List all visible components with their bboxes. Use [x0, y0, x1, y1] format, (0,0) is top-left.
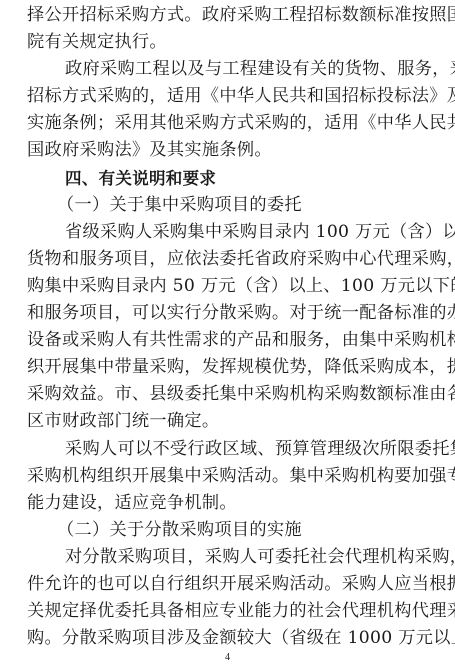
- text-line: 和服务项目，可以实行分散采购。对于统一配备标准的办公: [27, 300, 415, 327]
- text-line: 实施条例；采用其他采购方式采购的，适用《中华人民共和: [27, 110, 415, 137]
- text-line: 货物和服务项目，应依法委托省政府采购中心代理采购，采: [27, 246, 415, 273]
- text-line: 设备或采购人有共性需求的产品和服务，由集中采购机构组: [27, 327, 415, 354]
- text-line: 国政府采购法》及其实施条例。: [27, 137, 415, 164]
- text-line: 件允许的也可以自行组织开展采购活动。采购人应当根据相: [27, 571, 415, 598]
- text-line: 采购人可以不受行政区域、预算管理级次所限委托集中: [27, 436, 415, 463]
- document-page: 择公开招标采购方式。政府采购工程招标数额标准按照国务 院有关规定执行。 政府采购…: [27, 2, 415, 652]
- text-line: 织开展集中带量采购，发挥规模优势，降低采购成本，提高: [27, 354, 415, 381]
- text-line: 能力建设，适应竞争机制。: [27, 490, 415, 517]
- page-number: 4: [0, 652, 455, 663]
- text-line: 购。分散采购项目涉及金额较大（省级在 1000 万元以上，: [27, 625, 415, 652]
- text-line: 采购机构组织开展集中采购活动。集中采购机构要加强专业: [27, 463, 415, 490]
- text-line: 政府采购工程以及与工程建设有关的货物、服务，采用: [27, 56, 415, 83]
- text-line: 采购效益。市、县级委托集中采购机构采购数额标准由各设: [27, 381, 415, 408]
- subsection-heading: （一）关于集中采购项目的委托: [27, 192, 415, 219]
- text-line: 对分散采购项目，采购人可委托社会代理机构采购，条: [27, 544, 415, 571]
- text-line: 区市财政部门统一确定。: [27, 408, 415, 435]
- text-line: 院有关规定执行。: [27, 29, 415, 56]
- text-line: 择公开招标采购方式。政府采购工程招标数额标准按照国务: [27, 2, 415, 29]
- section-heading: 四、有关说明和要求: [27, 165, 415, 192]
- text-line: 购集中采购目录内 50 万元（含）以上、100 万元以下的货物: [27, 273, 415, 300]
- text-line: 省级采购人采购集中采购目录内 100 万元（含）以上的: [27, 219, 415, 246]
- subsection-heading: （二）关于分散采购项目的实施: [27, 517, 415, 544]
- text-line: 招标方式采购的，适用《中华人民共和国招标投标法》及其: [27, 83, 415, 110]
- text-line: 关规定择优委托具备相应专业能力的社会代理机构代理采: [27, 598, 415, 625]
